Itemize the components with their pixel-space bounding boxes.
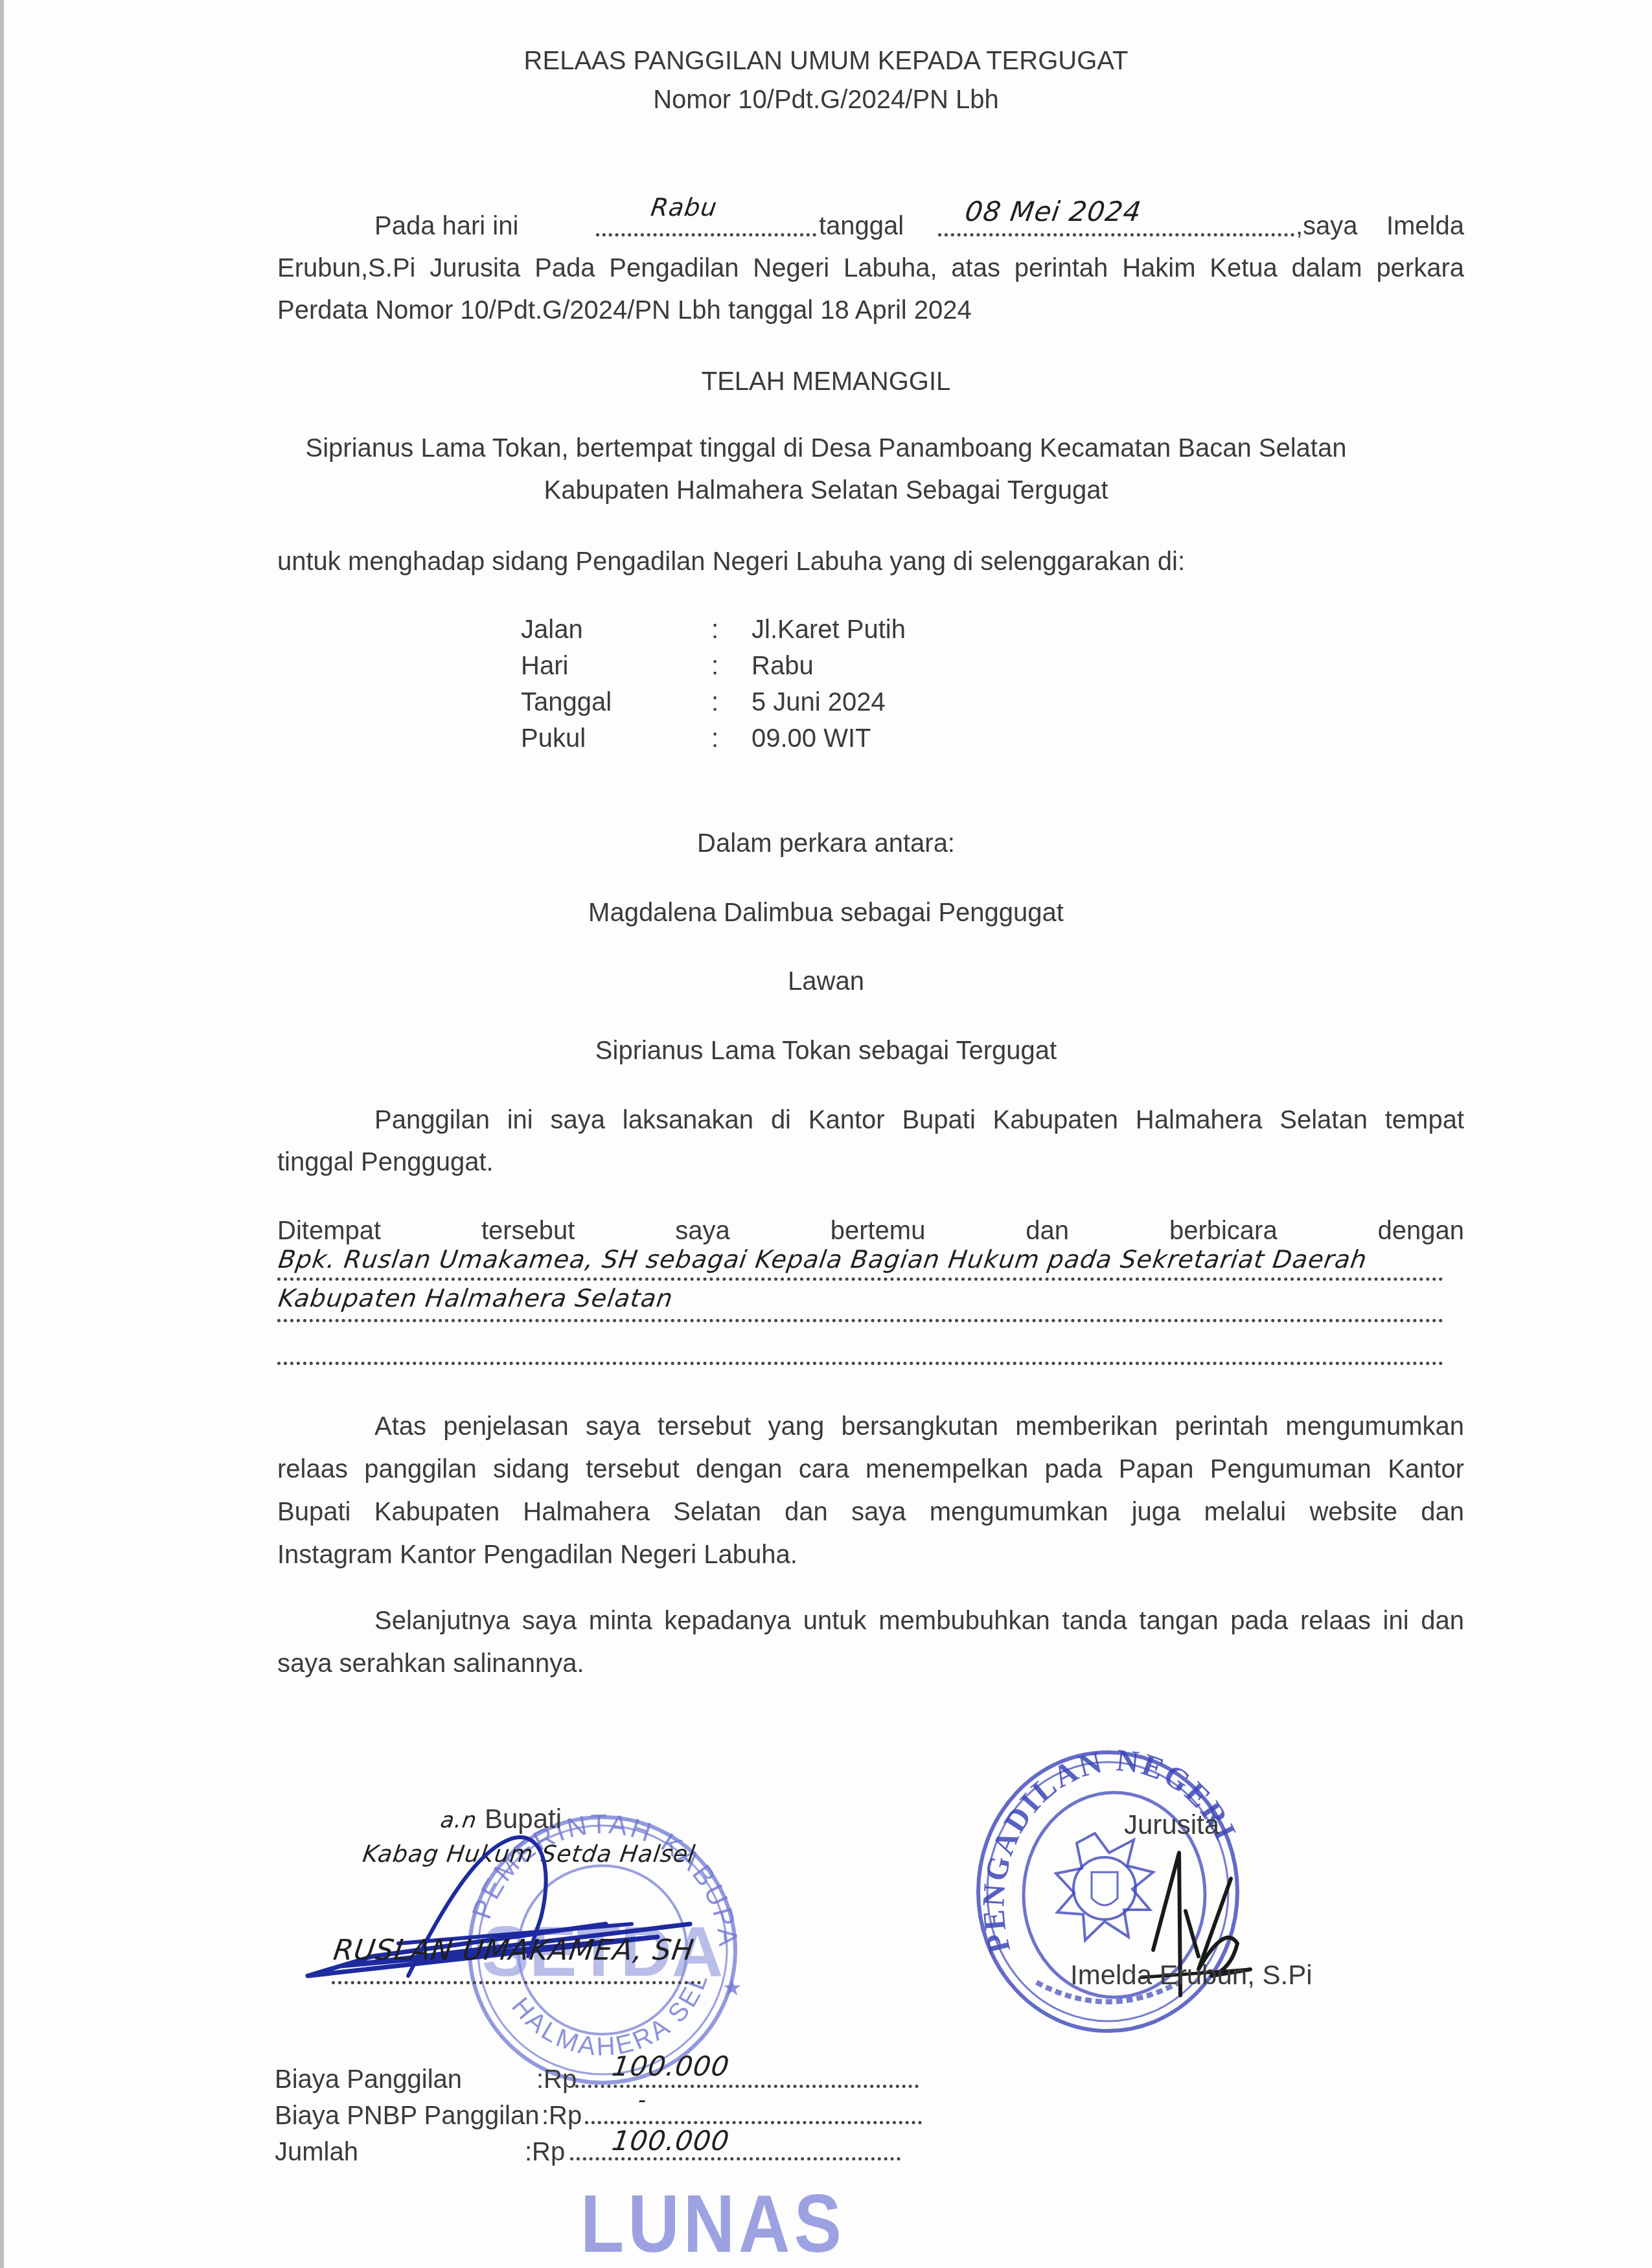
intro-tanggal-label: tanggal xyxy=(819,211,904,242)
hearing-colon: : xyxy=(711,720,718,757)
defendant-line-2: Kabupaten Halmahera Selatan Sebagai Terg… xyxy=(0,475,1652,506)
signature-left-icon xyxy=(295,1827,761,1995)
hari-handwritten: Rabu xyxy=(649,193,719,222)
cost-label: Biaya PNBP Panggilan xyxy=(275,2098,539,2134)
intro-line-2: Erubun,S.Pi Jurusita Pada Pengadilan Neg… xyxy=(277,253,1464,284)
lunas-paid-stamp: LUNAS xyxy=(580,2177,845,2268)
versus: Lawan xyxy=(0,966,1652,997)
tanggal-blank xyxy=(938,233,1294,236)
defendant-line-1: Siprianus Lama Tokan, bertempat tinggal … xyxy=(0,433,1652,464)
cost-blank xyxy=(585,2121,922,2124)
ditempat-blank-3 xyxy=(277,1362,1443,1365)
ditempat-line: Ditempat tersebut saya bertemu dan berbi… xyxy=(277,1215,1464,1246)
met-person-handwritten-2: Kabupaten Halmahera Selatan xyxy=(277,1284,675,1312)
hearing-label: Pukul xyxy=(521,720,586,757)
intro-pada-hari-ini: Pada hari ini xyxy=(374,211,518,242)
atas-penjelasan-line: Atas penjelasan saya tersebut yang bersa… xyxy=(374,1411,1464,1442)
hari-blank xyxy=(596,233,816,236)
cost-blank xyxy=(570,2157,901,2160)
intro-line-3: Perdata Nomor 10/Pdt.G/2024/PN Lbh tangg… xyxy=(277,295,972,326)
hearing-label: Hari xyxy=(521,648,568,684)
telah-memanggil-heading: TELAH MEMANGGIL xyxy=(0,366,1652,397)
cost-value-handwritten: 100.000 xyxy=(610,2125,732,2157)
hearing-label: Jalan xyxy=(521,612,583,648)
selanjutnya-line: saya serahkan salinannya. xyxy=(277,1648,584,1679)
intro-saya: ,saya Imelda xyxy=(1296,211,1464,242)
defendant-party: Siprianus Lama Tokan sebagai Tergugat xyxy=(0,1035,1652,1066)
cost-prefix: :Rp xyxy=(542,2098,582,2134)
hearing-colon: : xyxy=(711,648,718,684)
cost-blank xyxy=(575,2085,919,2088)
cost-label: Jumlah xyxy=(275,2134,358,2170)
ditempat-blank-2 xyxy=(277,1319,1443,1322)
signature-right-name: Imelda Erubun, S.Pi xyxy=(1070,1960,1313,1991)
cost-value-handwritten: - xyxy=(636,2087,648,2113)
hearing-label: Tanggal xyxy=(521,684,612,720)
selanjutnya-line: Selanjutnya saya minta kepadanya untuk m… xyxy=(374,1605,1464,1636)
cost-prefix: :Rp xyxy=(525,2134,565,2170)
atas-penjelasan-line: Bupati Kabupaten Halmahera Selatan dan s… xyxy=(277,1496,1464,1528)
cost-prefix: :Rp xyxy=(536,2061,577,2098)
plaintiff: Magdalena Dalimbua sebagai Penggugat xyxy=(0,897,1652,928)
cost-value-handwritten: 100.000 xyxy=(610,2050,732,2082)
hearing-value: Jl.Karet Putih xyxy=(751,612,906,648)
untuk-menghadap: untuk menghadap sidang Pengadilan Negeri… xyxy=(277,546,1185,577)
tanggal-handwritten: 08 Mei 2024 xyxy=(963,196,1144,227)
hearing-colon: : xyxy=(711,612,718,648)
hearing-value: 09.00 WIT xyxy=(751,720,871,757)
hearing-value: 5 Juni 2024 xyxy=(751,684,886,720)
panggilan-line-1: Panggilan ini saya laksanakan di Kantor … xyxy=(374,1105,1464,1136)
scan-edge xyxy=(0,0,4,2268)
atas-penjelasan-line: Instagram Kantor Pengadilan Negeri Labuh… xyxy=(277,1539,797,1570)
atas-penjelasan-line: relaas panggilan sidang tersebut dengan … xyxy=(277,1454,1464,1485)
signer-name-handwritten: RUSLAN UMAKAMEA, SH xyxy=(331,1934,696,1967)
signature-right-title: Jurusita xyxy=(1124,1809,1219,1840)
cost-label: Biaya Panggilan xyxy=(275,2061,462,2098)
parties-heading: Dalam perkara antara: xyxy=(0,828,1652,859)
hearing-colon: : xyxy=(711,684,718,720)
hearing-value: Rabu xyxy=(751,648,814,684)
signer-name-line xyxy=(332,1981,701,1984)
met-person-handwritten: Bpk. Ruslan Umakamea, SH sebagai Kepala … xyxy=(277,1245,1369,1274)
document-number: Nomor 10/Pdt.G/2024/PN Lbh xyxy=(0,84,1652,115)
ditempat-blank-1 xyxy=(277,1277,1443,1281)
panggilan-line-2: tinggal Penggugat. xyxy=(277,1147,494,1178)
document-title: RELAAS PANGGILAN UMUM KEPADA TERGUGAT xyxy=(0,45,1652,76)
